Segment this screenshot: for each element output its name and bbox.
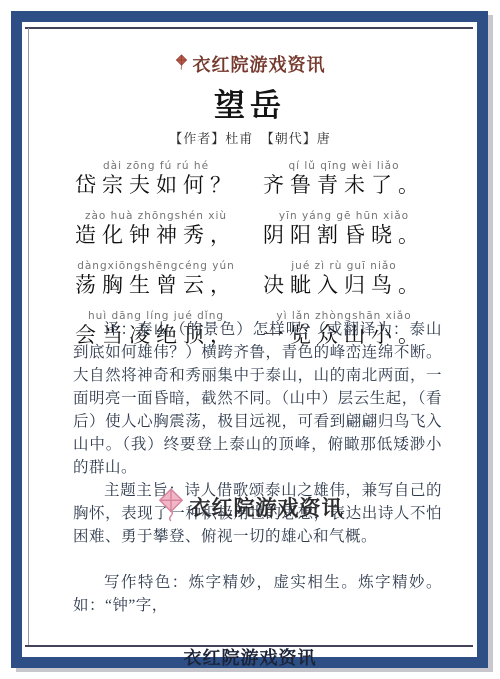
poem-line-1: dài zōng fú rú hé 岱宗夫如何？ qí lǔ qīng wèi … bbox=[0, 160, 500, 197]
style-paragraph: 写作特色：炼字精妙，虚实相生。炼字精妙。如：“钟”字， bbox=[73, 571, 442, 617]
pinyin-text: dàngxiōngshēngcéng yún bbox=[75, 260, 237, 273]
hanzi-text: 造化钟神秀， bbox=[75, 223, 237, 247]
poem-byline: 【作者】杜甫 【朝代】唐 bbox=[0, 128, 500, 147]
translation-paragraph: 译：泰山（的景色）怎样呢?（或翻译为：泰山到底如何雄伟？）横跨齐鲁，青色的峰峦连… bbox=[73, 318, 442, 479]
half-line: qí lǔ qīng wèi liǎo 齐鲁青未了。 bbox=[263, 160, 425, 197]
half-line: dàngxiōngshēngcéng yún 荡胸生曾云， bbox=[75, 260, 237, 297]
pinyin-text: jué zì rù guī niǎo bbox=[263, 260, 425, 273]
inner-rule-top bbox=[25, 27, 473, 29]
poem-title: 望岳 bbox=[0, 88, 500, 124]
half-line: jué zì rù guī niǎo 决眦入归鸟。 bbox=[263, 260, 425, 297]
half-line: yīn yáng gē hūn xiǎo 阴阳割昏晓。 bbox=[263, 210, 425, 247]
hanzi-text: 阴阳割昏晓。 bbox=[263, 223, 425, 247]
document-page: { "header": { "title": "望岳", "byline": "… bbox=[0, 0, 500, 679]
hanzi-text: 岱宗夫如何？ bbox=[75, 173, 237, 197]
half-line: zào huà zhōngshén xiù 造化钟神秀， bbox=[75, 210, 237, 247]
pinyin-text: dài zōng fú rú hé bbox=[75, 160, 237, 173]
hanzi-text: 决眦入归鸟。 bbox=[263, 273, 425, 297]
theme-paragraph: 主题主旨：诗人借歌颂泰山之雄伟，兼写自己的胸怀，表现了一种积极用世的思想，表达出… bbox=[73, 479, 442, 548]
pinyin-text: qí lǔ qīng wèi liǎo bbox=[263, 160, 425, 173]
hanzi-text: 齐鲁青未了。 bbox=[263, 173, 425, 197]
poem-line-3: dàngxiōngshēngcéng yún 荡胸生曾云， jué zì rù … bbox=[0, 260, 500, 297]
inner-rule-bottom bbox=[25, 645, 473, 647]
hanzi-text: 荡胸生曾云， bbox=[75, 273, 237, 297]
pinyin-text: zào huà zhōngshén xiù bbox=[75, 210, 237, 223]
half-line: dài zōng fú rú hé 岱宗夫如何？ bbox=[75, 160, 237, 197]
poem-line-2: zào huà zhōngshén xiù 造化钟神秀， yīn yáng gē… bbox=[0, 210, 500, 247]
pinyin-text: yīn yáng gē hūn xiǎo bbox=[263, 210, 425, 223]
